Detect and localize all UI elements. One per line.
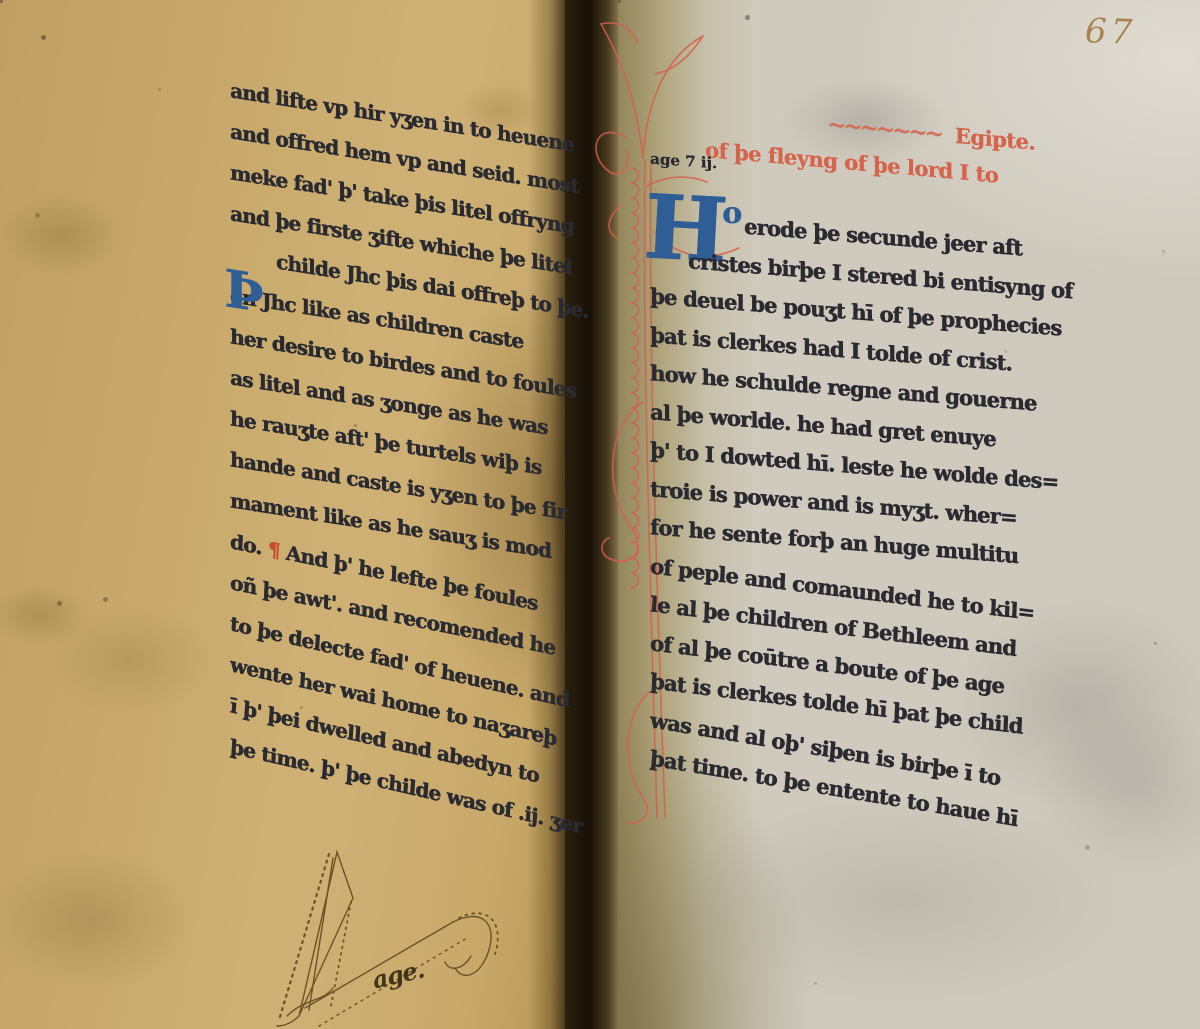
left-page-text: Þ and lifte vp hir yʒen in to heueneand … [230, 70, 570, 821]
ink-specks-left [0, 0, 3, 3]
rubric-squiggle: ~~~~~~~ [827, 111, 955, 149]
folio-number: 67 [1084, 11, 1137, 53]
ink-specks-right [618, 0, 621, 3]
illuminated-initial-thorn: Þ [224, 263, 263, 321]
manuscript-photo: Þ and lifte vp hir yʒen in to heueneand … [0, 0, 1200, 1029]
paraph-mark: ¶ [267, 537, 286, 564]
right-page-text: erode þe secunde jeer aftcristes birþe I… [650, 200, 1080, 811]
rubric-title: Egipte. [955, 123, 1035, 155]
catchword-drawing [235, 840, 515, 1029]
line-fragment: do. [229, 529, 268, 560]
